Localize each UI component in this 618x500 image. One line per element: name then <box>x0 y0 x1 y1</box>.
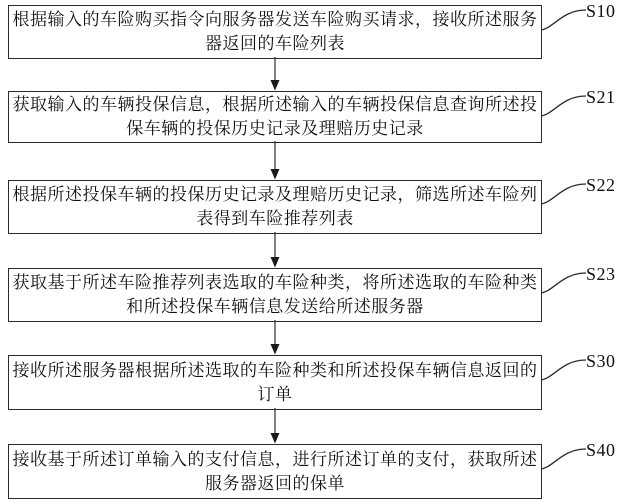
leader-line-s10 <box>540 7 588 31</box>
step-box-s21: 获取输入的车辆投保信息，根据所述输入的车辆投保信息查询所述投 保车辆的投保历史记… <box>8 91 542 143</box>
step-text-line1: 根据输入的车险购买指令向服务器发送车险购买请求，接收所述服务 <box>9 8 541 32</box>
step-text-line1: 接收所述服务器根据所述选取的车险种类和所述投保车辆信息返回的 <box>9 359 541 383</box>
down-arrow-icon <box>269 232 281 268</box>
leader-line-s21 <box>540 93 588 117</box>
step-text-line1: 根据所述投保车辆的投保历史记录及理赔历史记录，筛选所述车险列 <box>9 183 541 207</box>
step-label-s21: S21 <box>586 88 616 106</box>
leader-line-s30 <box>540 357 588 381</box>
step-text-line2: 器返回的车险列表 <box>9 32 541 56</box>
step-text-line1: 获取输入的车辆投保信息，根据所述输入的车辆投保信息查询所述投 <box>9 93 541 117</box>
step-label-s30: S30 <box>586 352 616 370</box>
step-box-s30: 接收所述服务器根据所述选取的车险种类和所述投保车辆信息返回的 订单 <box>8 355 542 410</box>
leader-line-s23 <box>540 270 588 294</box>
leader-line-s22 <box>540 181 588 205</box>
step-box-s40: 接收基于所述订单输入的支付信息，进行所述订单的支付，获取所述 服务器返回的保单 <box>8 444 542 499</box>
step-text-line2: 服务器返回的保单 <box>9 472 541 496</box>
step-text-line2: 表得到车险推荐列表 <box>9 207 541 231</box>
step-text-line2: 订单 <box>9 383 541 407</box>
step-text-line2: 和所述投保车辆信息发送给所述服务器 <box>9 295 541 319</box>
down-arrow-icon <box>269 57 281 91</box>
leader-line-s40 <box>540 446 588 470</box>
step-text-line1: 接收基于所述订单输入的支付信息，进行所述订单的支付，获取所述 <box>9 448 541 472</box>
down-arrow-icon <box>269 141 281 180</box>
step-label-s10: S10 <box>586 2 616 20</box>
down-arrow-icon <box>269 320 281 355</box>
step-text-line1: 获取基于所述车险推荐列表选取的车险种类，将所述选取的车险种类 <box>9 271 541 295</box>
down-arrow-icon <box>269 408 281 444</box>
step-label-s23: S23 <box>586 265 616 283</box>
step-label-s40: S40 <box>586 441 616 459</box>
step-box-s23: 获取基于所述车险推荐列表选取的车险种类，将所述选取的车险种类 和所述投保车辆信息… <box>8 268 542 322</box>
step-box-s10: 根据输入的车险购买指令向服务器发送车险购买请求，接收所述服务 器返回的车险列表 <box>8 5 542 59</box>
patent-flowchart: 根据输入的车险购买指令向服务器发送车险购买请求，接收所述服务 器返回的车险列表 … <box>0 0 618 500</box>
step-text-line2: 保车辆的投保历史记录及理赔历史记录 <box>9 117 541 141</box>
step-label-s22: S22 <box>586 176 616 194</box>
step-box-s22: 根据所述投保车辆的投保历史记录及理赔历史记录，筛选所述车险列 表得到车险推荐列表 <box>8 180 542 234</box>
